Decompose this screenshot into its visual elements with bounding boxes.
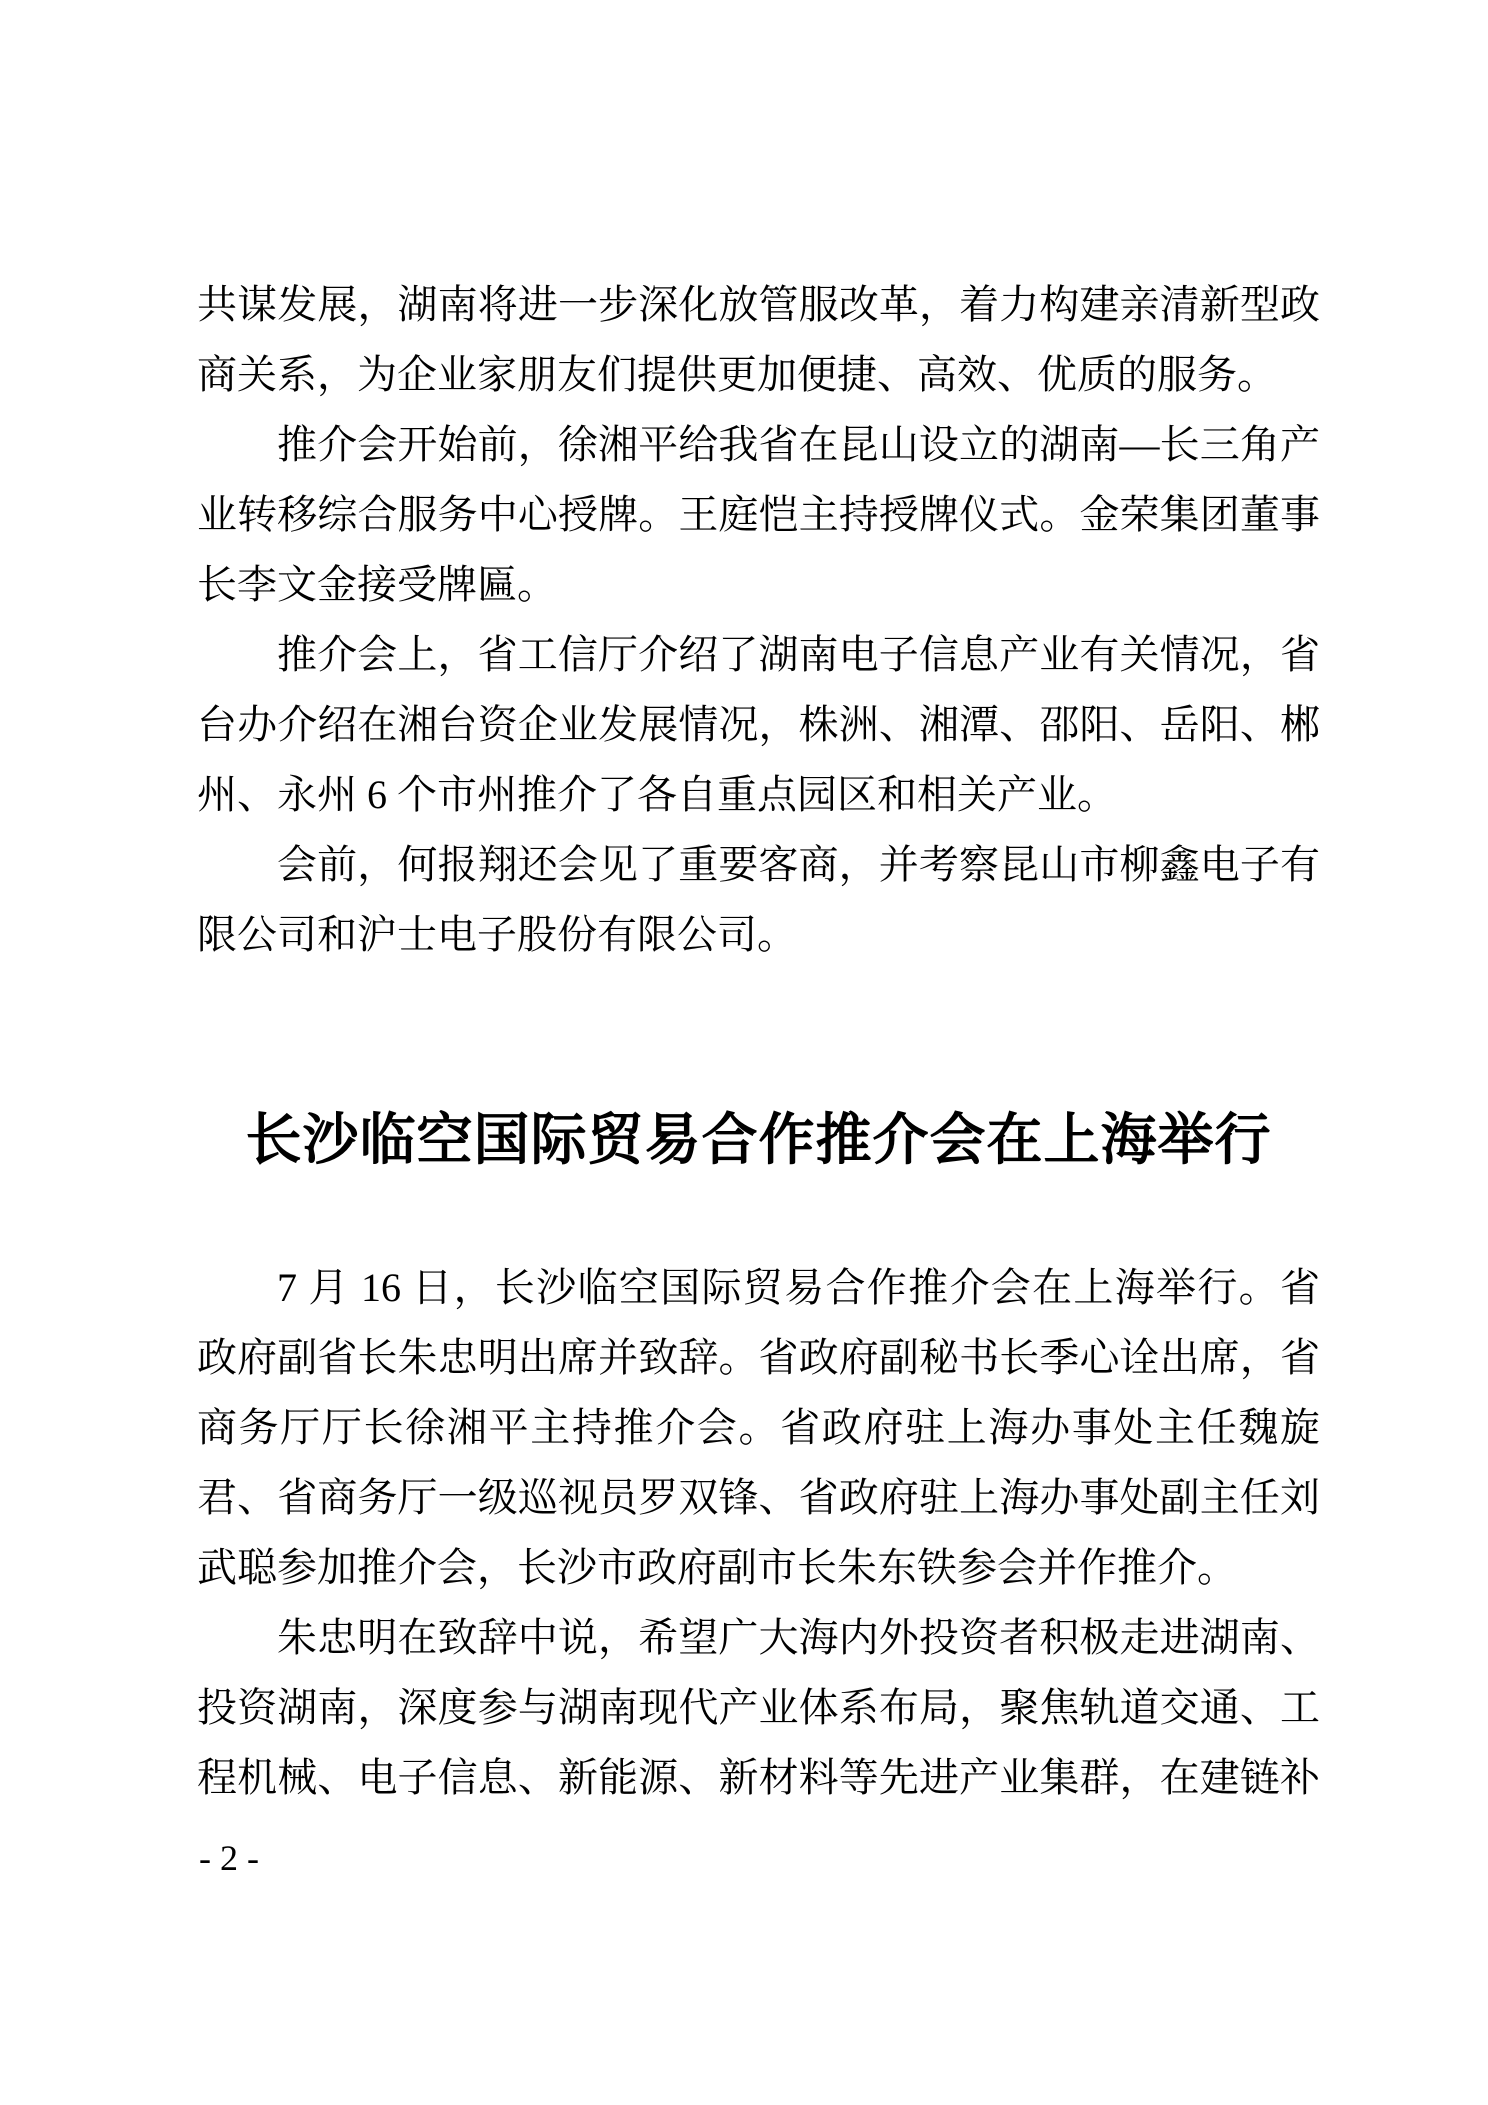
text-line: 台办介绍在湘台资企业发展情况，株洲、湘潭、邵阳、岳阳、郴 <box>197 690 1320 760</box>
text-line: 推介会上，省工信厅介绍了湖南电子信息产业有关情况，省 <box>197 620 1320 690</box>
text-line: 业转移综合服务中心授牌。王庭恺主持授牌仪式。金荣集团董事 <box>197 480 1320 550</box>
text-line: 政府副省长朱忠明出席并致辞。省政府副秘书长季心诠出席，省 <box>197 1323 1320 1393</box>
article-1-body: 共谋发展，湖南将进一步深化放管服改革，着力构建亲清新型政商关系，为企业家朋友们提… <box>197 270 1320 970</box>
text-line: 投资湖南，深度参与湖南现代产业体系布局，聚焦轨道交通、工 <box>197 1673 1320 1743</box>
text-line: 朱忠明在致辞中说，希望广大海内外投资者积极走进湖南、 <box>197 1603 1320 1673</box>
text-line: 君、省商务厅一级巡视员罗双锋、省政府驻上海办事处副主任刘 <box>197 1463 1320 1533</box>
page-number: - 2 - <box>199 1838 259 1878</box>
article-2-title: 长沙临空国际贸易合作推介会在上海举行 <box>197 1096 1320 1186</box>
text-line: 限公司和沪士电子股份有限公司。 <box>197 900 1320 970</box>
text-line: 7 月 16 日，长沙临空国际贸易合作推介会在上海举行。省 <box>197 1253 1320 1323</box>
text-line: 推介会开始前，徐湘平给我省在昆山设立的湖南—长三角产 <box>197 410 1320 480</box>
text-line: 商务厅厅长徐湘平主持推介会。省政府驻上海办事处主任魏旋 <box>197 1393 1320 1463</box>
text-line: 武聪参加推介会，长沙市政府副市长朱东铁参会并作推介。 <box>197 1533 1320 1603</box>
article-2-body: 7 月 16 日，长沙临空国际贸易合作推介会在上海举行。省政府副省长朱忠明出席并… <box>197 1253 1320 1813</box>
document-page: 共谋发展，湖南将进一步深化放管服改革，着力构建亲清新型政商关系，为企业家朋友们提… <box>0 0 1488 2105</box>
text-line: 共谋发展，湖南将进一步深化放管服改革，着力构建亲清新型政 <box>197 270 1320 340</box>
text-line: 州、永州 6 个市州推介了各自重点园区和相关产业。 <box>197 760 1320 830</box>
text-line: 长李文金接受牌匾。 <box>197 550 1320 620</box>
text-line: 程机械、电子信息、新能源、新材料等先进产业集群，在建链补 <box>197 1743 1320 1813</box>
text-line: 会前，何报翔还会见了重要客商，并考察昆山市柳鑫电子有 <box>197 830 1320 900</box>
text-line: 商关系，为企业家朋友们提供更加便捷、高效、优质的服务。 <box>197 340 1320 410</box>
